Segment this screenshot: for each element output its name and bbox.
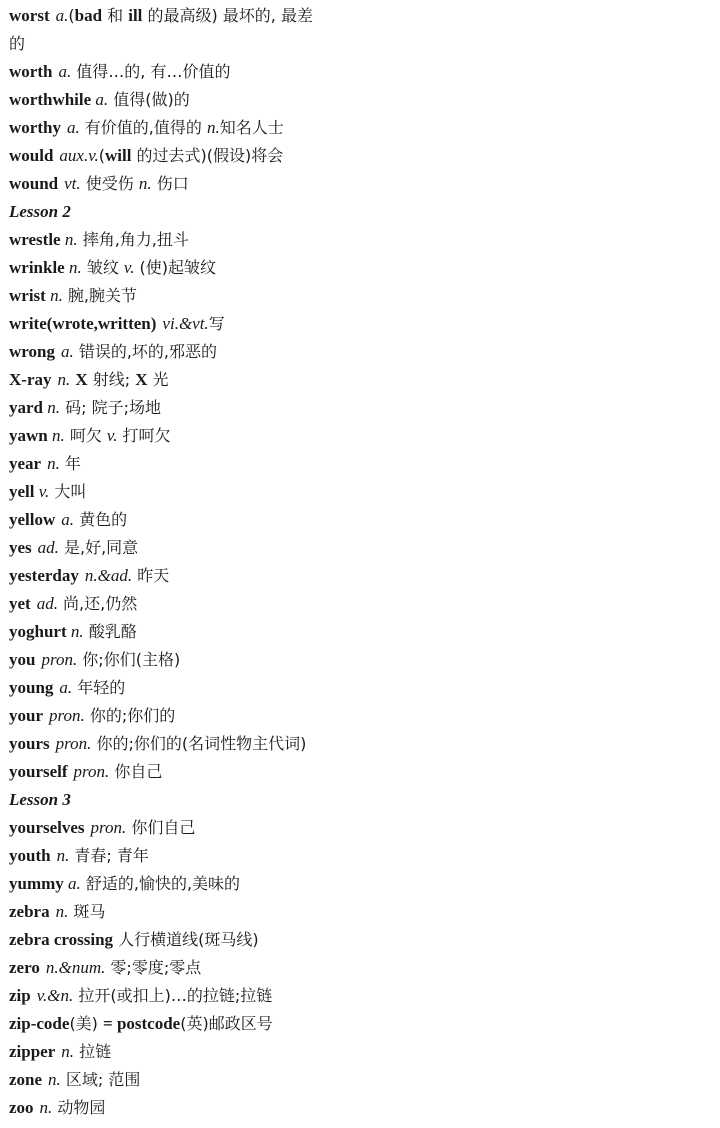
part-of-speech: n.	[43, 398, 60, 417]
vocab-entry: 的	[9, 30, 369, 58]
headword: your	[9, 706, 43, 725]
vocab-entry: X-ray n. X 射线; X 光	[9, 366, 369, 394]
headword: yourselves	[9, 818, 85, 837]
part-of-speech: ad.	[37, 594, 58, 613]
headword: yours	[9, 734, 50, 753]
vocab-entry: young a. 年轻的	[9, 674, 369, 702]
definition: 你的;你们的(名词性物主代词)	[91, 734, 306, 753]
part-of-speech: n.	[207, 118, 220, 137]
headword: year	[9, 454, 41, 473]
definition: 你自己	[109, 762, 162, 781]
headword: worth	[9, 62, 52, 81]
definition: 光	[147, 370, 168, 389]
headword: you	[9, 650, 35, 669]
definition: 呵欠	[65, 426, 107, 445]
vocab-entry: zipper n. 拉链	[9, 1038, 369, 1066]
headword: zero	[9, 958, 40, 977]
definition: 使受伤	[81, 174, 139, 193]
part-of-speech: n.	[40, 1098, 53, 1117]
vocab-entry: yellow a. 黄色的	[9, 506, 369, 534]
part-of-speech: n.	[56, 902, 69, 921]
definition: 的过去式)(假设)将会	[131, 146, 283, 165]
vocab-entry: worth a. 值得…的, 有…价值的	[9, 58, 369, 86]
definition: 拉链	[74, 1042, 111, 1061]
part-of-speech: v.&n.	[37, 986, 74, 1005]
definition: 码; 院子;场地	[60, 398, 161, 417]
definition: 写	[209, 314, 225, 333]
headword: wound	[9, 174, 58, 193]
headword: X-ray	[9, 370, 51, 389]
definition: 值得(做)的	[108, 90, 190, 109]
definition: (美)	[69, 1014, 103, 1033]
lesson-heading: Lesson 3	[9, 786, 369, 814]
part-of-speech: pron.	[91, 818, 127, 837]
vocab-entry: youth n. 青春; 青年	[9, 842, 369, 870]
headword: yard	[9, 398, 43, 417]
vocab-entry: worst a.(bad 和 ill 的最高级) 最坏的, 最差	[9, 2, 369, 30]
vocab-entry: wrinkle n. 皱纹 v. (使)起皱纹	[9, 254, 369, 282]
vocab-entry: yes ad. 是,好,同意	[9, 534, 369, 562]
vocab-entry: wrist n. 腕,腕关节	[9, 282, 369, 310]
part-of-speech: a.	[56, 6, 69, 25]
vocab-entry: year n. 年	[9, 450, 369, 478]
definition: 年轻的	[72, 678, 125, 697]
headword: yawn	[9, 426, 48, 445]
definition: 人行横道线(斑马线)	[113, 930, 259, 949]
vocab-entry: worthwhile a. 值得(做)的	[9, 86, 369, 114]
definition: 大叫	[49, 482, 86, 501]
definition: 值得…的, 有…价值的	[71, 62, 230, 81]
vocab-entry: zone n. 区域; 范围	[9, 1066, 369, 1094]
definition: 青春; 青年	[69, 846, 149, 865]
definition: 摔角,角力,扭斗	[78, 230, 189, 249]
definition: 射线;	[88, 370, 136, 389]
headword: young	[9, 678, 53, 697]
part-of-speech: n.	[67, 622, 84, 641]
definition: 的	[9, 34, 25, 53]
vocab-entry: yoghurt n. 酸乳酪	[9, 618, 369, 646]
definition: 酸乳酪	[84, 622, 137, 641]
definition: 腕,腕关节	[63, 286, 137, 305]
definition: 年	[60, 454, 81, 473]
part-of-speech: n.	[57, 370, 70, 389]
headword: worst	[9, 6, 50, 25]
vocab-entry: yummy a. 舒适的,愉快的,美味的	[9, 870, 369, 898]
part-of-speech: a.	[59, 678, 72, 697]
headword: X	[135, 370, 147, 389]
vocab-entry: worthy a. 有价值的,值得的 n.知名人士	[9, 114, 369, 142]
headword: wrist	[9, 286, 46, 305]
part-of-speech: n.&ad.	[85, 566, 132, 585]
part-of-speech: n.&num.	[46, 958, 106, 977]
definition: 动物园	[52, 1098, 105, 1117]
definition: 零;零度;零点	[105, 958, 201, 977]
part-of-speech: n.	[57, 846, 70, 865]
headword: ill	[128, 6, 142, 25]
definition: 和	[102, 6, 128, 25]
definition: 拉开(或扣上)…的拉链;拉链	[73, 986, 272, 1005]
part-of-speech: a.	[91, 90, 108, 109]
headword: yes	[9, 538, 32, 557]
headword: youth	[9, 846, 51, 865]
part-of-speech: ad.	[38, 538, 59, 557]
vocab-entry: yourself pron. 你自己	[9, 758, 369, 786]
part-of-speech: vi.&vt.	[162, 314, 208, 333]
vocab-entry: zero n.&num. 零;零度;零点	[9, 954, 369, 982]
vocab-entry: wound vt. 使受伤 n. 伤口	[9, 170, 369, 198]
definition: (英)邮政区号	[180, 1014, 273, 1033]
part-of-speech: pron.	[49, 706, 85, 725]
vocab-entry: your pron. 你的;你们的	[9, 702, 369, 730]
headword: worthwhile	[9, 90, 91, 109]
vocab-entry: zip v.&n. 拉开(或扣上)…的拉链;拉链	[9, 982, 369, 1010]
lesson-label: Lesson 2	[9, 202, 71, 221]
headword: wrong	[9, 342, 55, 361]
headword: bad	[75, 6, 102, 25]
part-of-speech: n.	[61, 230, 78, 249]
part-of-speech: pron.	[56, 734, 92, 753]
vocabulary-list: worst a.(bad 和 ill 的最高级) 最坏的, 最差的worth a…	[9, 2, 369, 1122]
vocab-entry: write(wrote,written) vi.&vt.写	[9, 310, 369, 338]
vocab-entry: yard n. 码; 院子;场地	[9, 394, 369, 422]
vocab-entry: yours pron. 你的;你们的(名词性物主代词)	[9, 730, 369, 758]
part-of-speech: n.	[61, 1042, 74, 1061]
vocab-entry: yawn n. 呵欠 v. 打呵欠	[9, 422, 369, 450]
headword: zip	[9, 986, 31, 1005]
headword: zoo	[9, 1098, 34, 1117]
headword: wrinkle	[9, 258, 65, 277]
vocab-entry: would aux.v.(will 的过去式)(假设)将会	[9, 142, 369, 170]
part-of-speech: aux.v.	[59, 146, 98, 165]
vocab-entry: yet ad. 尚,还,仍然	[9, 590, 369, 618]
headword: will	[105, 146, 131, 165]
vocab-entry: zebra n. 斑马	[9, 898, 369, 926]
headword: yourself	[9, 762, 68, 781]
definition: (使)起皱纹	[134, 258, 216, 277]
part-of-speech: v.	[124, 258, 135, 277]
vocab-entry: you pron. 你;你们(主格)	[9, 646, 369, 674]
definition: 打呵欠	[117, 426, 170, 445]
part-of-speech: a.	[61, 342, 74, 361]
part-of-speech: n.	[47, 454, 60, 473]
headword: yummy	[9, 874, 64, 893]
definition: 你们自己	[126, 818, 195, 837]
headword: would	[9, 146, 53, 165]
definition: 你的;你们的	[85, 706, 175, 725]
headword: zebra	[9, 902, 50, 921]
vocab-entry: zebra crossing 人行横道线(斑马线)	[9, 926, 369, 954]
vocab-entry: yell v. 大叫	[9, 478, 369, 506]
vocab-entry: yesterday n.&ad. 昨天	[9, 562, 369, 590]
definition: 是,好,同意	[59, 538, 138, 557]
part-of-speech: n.	[48, 1070, 61, 1089]
vocab-entry: zoo n. 动物园	[9, 1094, 369, 1122]
headword: yet	[9, 594, 31, 613]
definition: 昨天	[132, 566, 169, 585]
definition: 尚,还,仍然	[58, 594, 137, 613]
part-of-speech: v.	[35, 482, 50, 501]
part-of-speech: v.	[107, 426, 118, 445]
part-of-speech: n.	[46, 286, 63, 305]
headword: zone	[9, 1070, 42, 1089]
definition: 斑马	[68, 902, 105, 921]
definition: 你;你们(主格)	[77, 650, 180, 669]
definition: 皱纹	[82, 258, 124, 277]
headword: = postcode	[103, 1014, 180, 1033]
part-of-speech: n.	[48, 426, 65, 445]
headword: yell	[9, 482, 35, 501]
part-of-speech: a.	[61, 510, 74, 529]
part-of-speech: vt.	[64, 174, 81, 193]
part-of-speech: a.	[67, 118, 80, 137]
part-of-speech: n.	[139, 174, 152, 193]
part-of-speech: n.	[65, 258, 82, 277]
headword: zebra crossing	[9, 930, 113, 949]
vocab-entry: zip-code(美) = postcode(英)邮政区号	[9, 1010, 369, 1038]
definition: 错误的,坏的,邪恶的	[74, 342, 217, 361]
headword: write(wrote,written)	[9, 314, 156, 333]
headword: X	[75, 370, 87, 389]
headword: zipper	[9, 1042, 55, 1061]
part-of-speech: pron.	[74, 762, 110, 781]
lesson-label: Lesson 3	[9, 790, 71, 809]
definition: 区域; 范围	[61, 1070, 141, 1089]
lesson-heading: Lesson 2	[9, 198, 369, 226]
headword: yesterday	[9, 566, 79, 585]
vocab-entry: wrestle n. 摔角,角力,扭斗	[9, 226, 369, 254]
headword: yellow	[9, 510, 55, 529]
vocab-entry: wrong a. 错误的,坏的,邪恶的	[9, 338, 369, 366]
part-of-speech: pron.	[41, 650, 77, 669]
vocab-entry: yourselves pron. 你们自己	[9, 814, 369, 842]
headword: zip-code	[9, 1014, 69, 1033]
part-of-speech: a.	[58, 62, 71, 81]
definition: 黄色的	[74, 510, 127, 529]
part-of-speech: a.	[64, 874, 81, 893]
definition: 舒适的,愉快的,美味的	[81, 874, 240, 893]
headword: worthy	[9, 118, 61, 137]
definition: 知名人士	[220, 118, 284, 137]
headword: wrestle	[9, 230, 61, 249]
headword: yoghurt	[9, 622, 67, 641]
definition: 有价值的,值得的	[80, 118, 207, 137]
definition: 的最高级) 最坏的, 最差	[142, 6, 313, 25]
definition: 伤口	[152, 174, 189, 193]
